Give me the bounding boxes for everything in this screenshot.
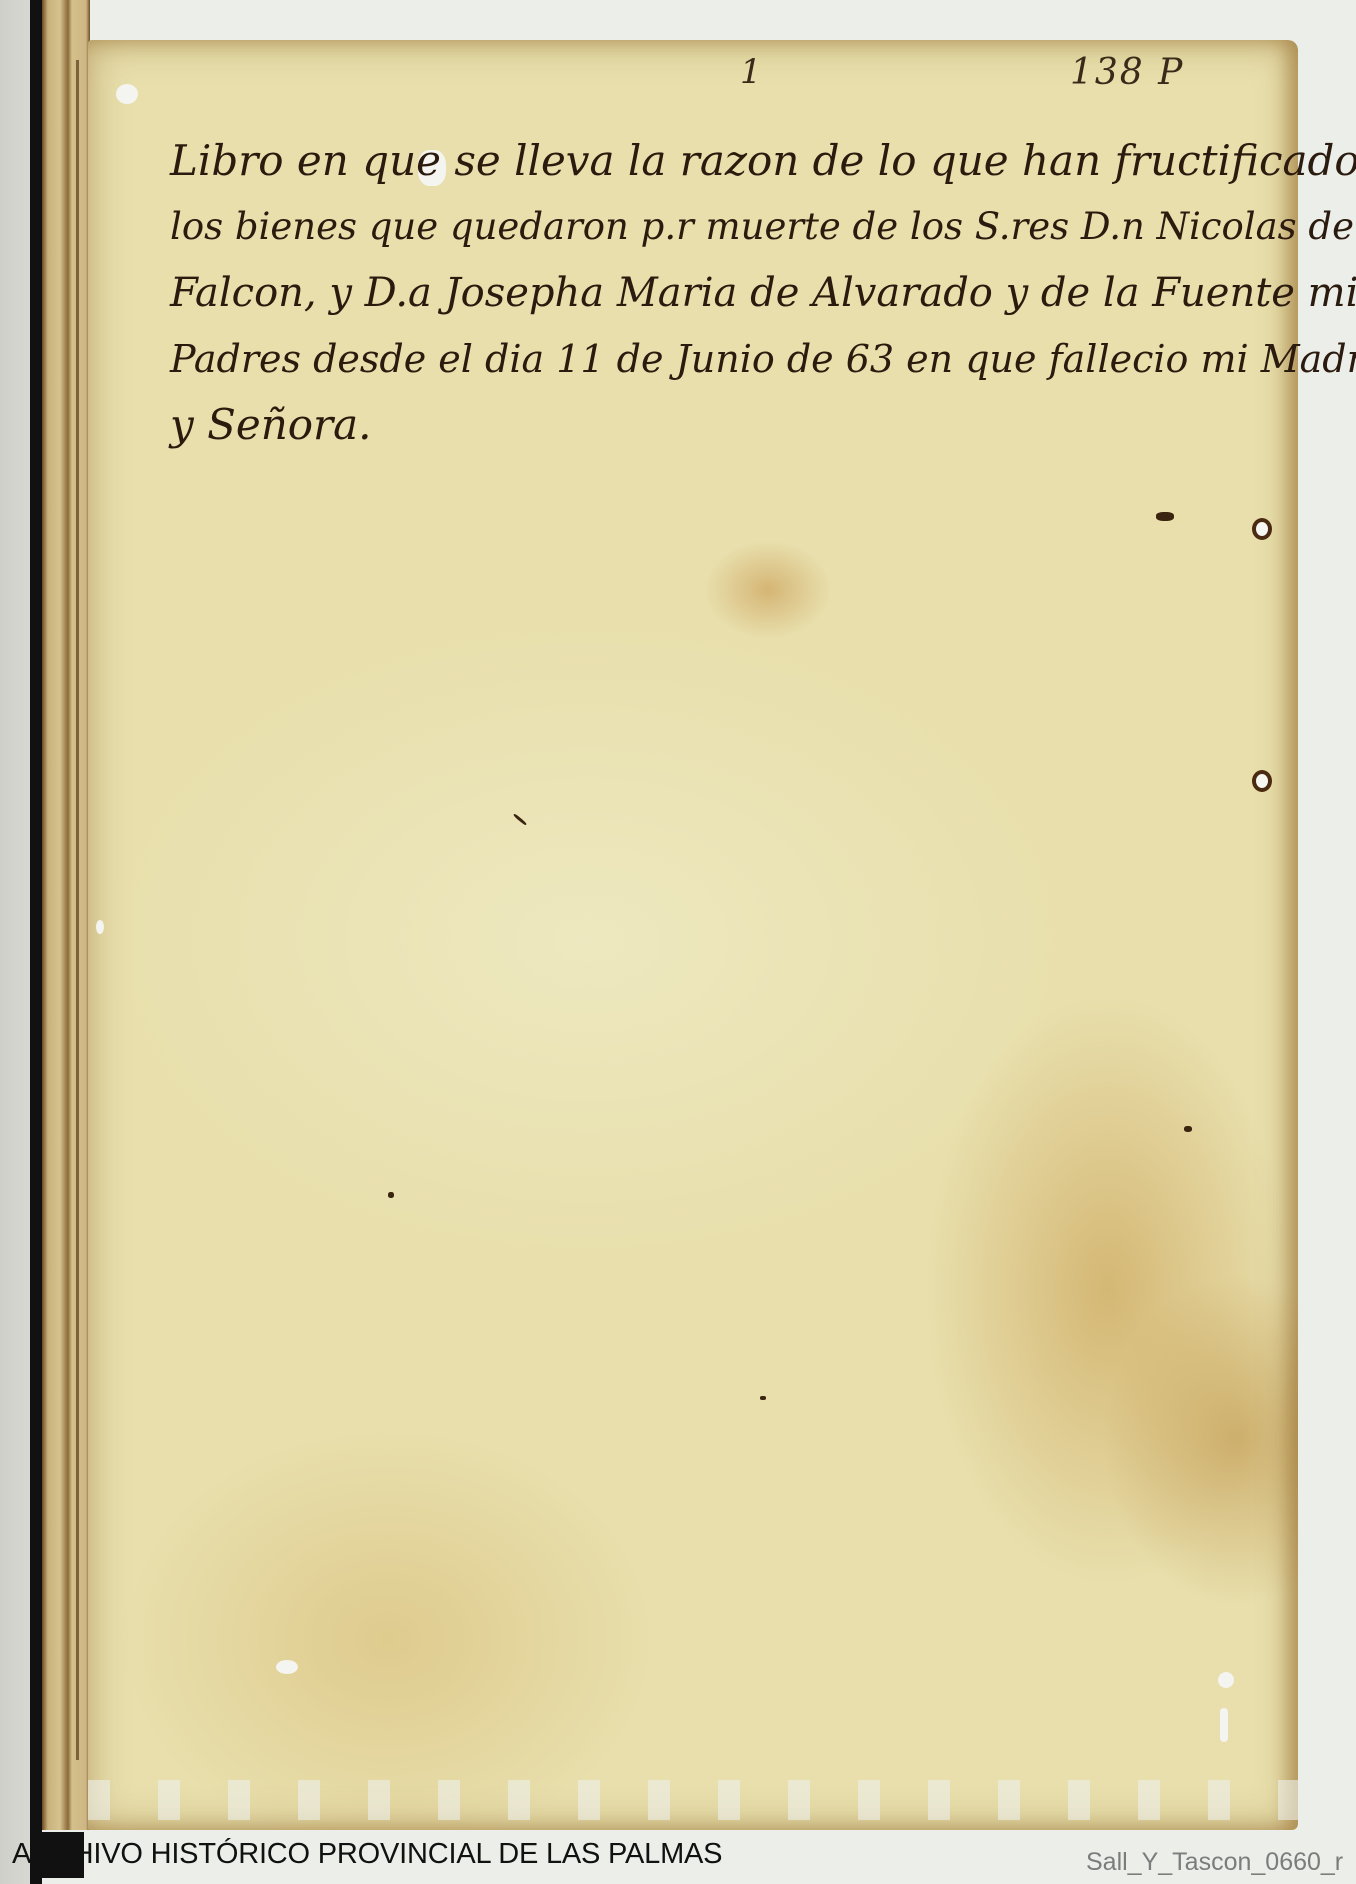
manuscript-line: Libro en que se lleva la razon de lo que… bbox=[170, 128, 1280, 194]
ink-blot bbox=[1184, 1126, 1192, 1132]
book-spine-strip bbox=[42, 0, 90, 1830]
paper-hole bbox=[1252, 770, 1272, 792]
paper-hole bbox=[276, 1660, 298, 1674]
binding-overlap bbox=[34, 1832, 84, 1878]
manuscript-line: Padres desde el dia 11 de Junio de 63 en… bbox=[170, 326, 1280, 392]
ink-blot bbox=[1156, 512, 1174, 521]
folio-number-center: 1 bbox=[740, 52, 762, 92]
manuscript-line: los bienes que quedaron p.r muerte de lo… bbox=[170, 194, 1280, 260]
manuscript-line: Falcon, y D.a Josepha Maria de Alvarado … bbox=[170, 260, 1280, 326]
paper-hole bbox=[1218, 1672, 1234, 1688]
ink-blot bbox=[388, 1192, 394, 1198]
paper-hole bbox=[1220, 1708, 1228, 1742]
archive-label: ARCHIVO HISTÓRICO PROVINCIAL DE LAS PALM… bbox=[12, 1838, 722, 1870]
paper-hole bbox=[116, 84, 138, 104]
book-binding-edge bbox=[30, 0, 42, 1884]
image-id-caption: Sall_Y_Tascon_0660_r bbox=[1086, 1848, 1343, 1877]
archive-caption: ARCHIVO HISTÓRICO PROVINCIAL DE LAS PALM… bbox=[12, 1838, 722, 1871]
manuscript-text-block: Libro en que se lleva la razon de lo que… bbox=[170, 128, 1280, 458]
torn-bottom-edge bbox=[88, 1780, 1298, 1820]
folio-number-right: 138 P bbox=[1070, 52, 1184, 93]
ink-blot bbox=[760, 1396, 766, 1400]
paper-hole bbox=[96, 920, 104, 934]
manuscript-line: y Señora. bbox=[170, 392, 1280, 458]
paper-hole bbox=[1252, 518, 1272, 540]
